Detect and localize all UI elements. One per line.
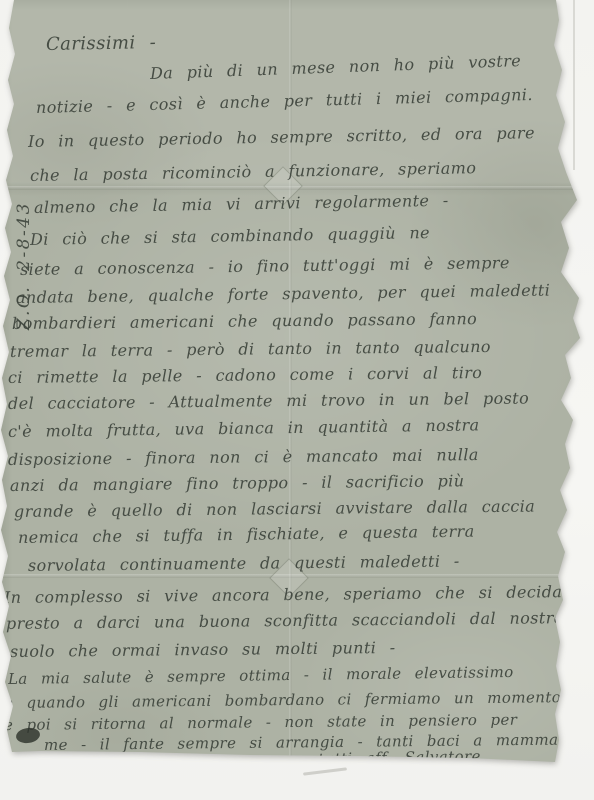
handwriting-line: Io in questo periodo ho sempre scritto, …: [28, 123, 535, 151]
letter-paper: Z.O. 2-8-43 Carissimi - Da più di un mes…: [0, 0, 594, 800]
handwriting-line: Da più di un mese non ho più vostre: [150, 51, 522, 83]
handwriting-line: disposizione - finora non ci è mancato m…: [8, 445, 479, 469]
handwriting-line: suolo che ormai invaso su molti punti -: [10, 638, 396, 661]
handwriting-line: tremar la terra - però di tanto in tanto…: [10, 337, 491, 361]
handwriting-line: anzi da mangiare fino troppo - il sacrif…: [10, 471, 465, 495]
letter-paper-wrapper: Z.O. 2-8-43 Carissimi - Da più di un mes…: [0, 0, 594, 800]
handwriting-line: e quando gli americani bombardano ci fer…: [4, 688, 561, 712]
handwriting-line: La mia salute è sempre ottima - il moral…: [8, 663, 514, 688]
handwriting-line: almeno che la mia vi arrivi regolarmente…: [34, 191, 449, 217]
handwriting-line: sorvolata continuamente da questi malede…: [28, 551, 460, 575]
handwriting-line: c'è molta frutta, uva bianca in quantità…: [8, 415, 480, 441]
handwriting-line: andata bene, qualche forte spavento, per…: [16, 281, 550, 307]
handwriting-line-signature: tutti aff. Salvatore: [318, 747, 481, 768]
scan-background: Z.O. 2-8-43 Carissimi - Da più di un mes…: [0, 0, 594, 800]
handwriting-line: siete a conoscenza - io fino tutt'oggi m…: [20, 253, 510, 279]
handwriting-line: In complesso si vive ancora bene, speria…: [4, 582, 583, 607]
handwriting-line: notizie - e così è anche per tutti i mie…: [36, 85, 533, 117]
handwriting-line: ci rimette la pelle - cadono come i corv…: [8, 363, 482, 387]
handwriting-line: bombardieri americani che quando passano…: [12, 309, 477, 333]
handwriting-line: e poi si ritorna al normale - non state …: [4, 711, 517, 734]
handwriting-line-salutation: Carissimi -: [46, 32, 156, 55]
handwriting-line: presto a darci una buona sconfitta scacc…: [6, 608, 564, 633]
handwriting-line: Di ciò che si sta combinando quaggiù ne: [30, 223, 430, 249]
handwriting-line: del cacciatore - Attualmente mi trovo in…: [8, 389, 529, 413]
handwriting-line: che la posta ricominciò a funzionare, sp…: [30, 158, 477, 185]
handwriting-line: grande è quello di non lasciarsi avvista…: [14, 497, 535, 521]
handwriting-line: nemica che si tuffa in fischiate, e ques…: [18, 522, 475, 547]
